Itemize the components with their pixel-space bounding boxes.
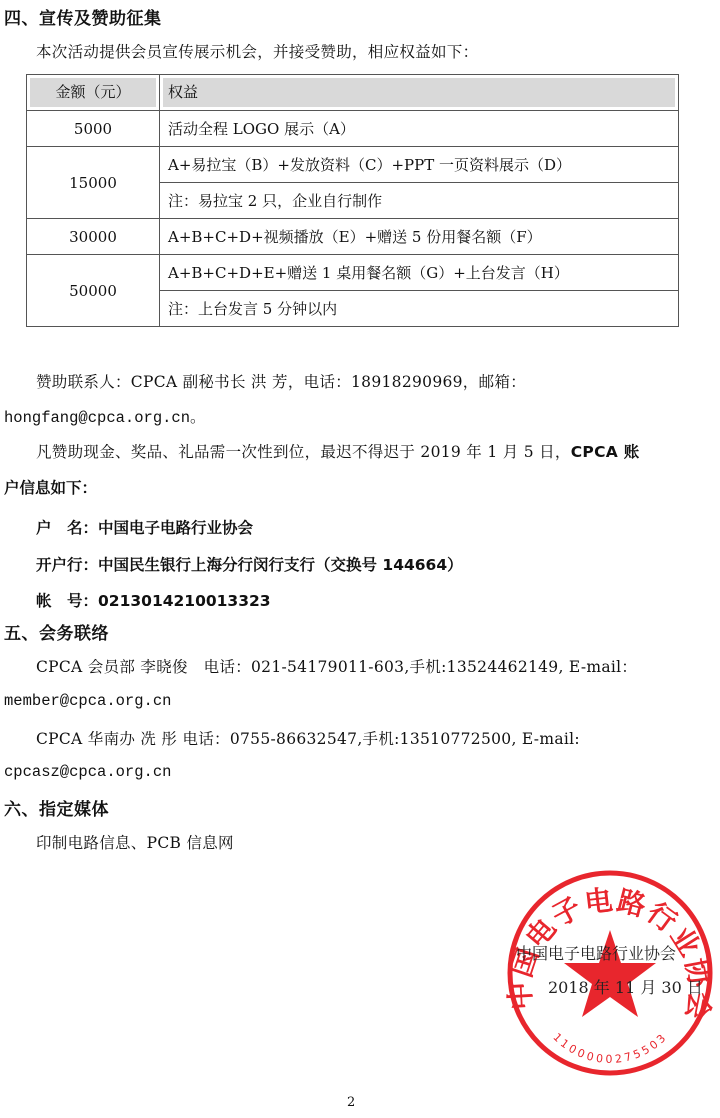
- amount-cell: 5000: [27, 111, 160, 147]
- benefit-note-cell: 注：易拉宝 2 只，企业自行制作: [160, 183, 679, 219]
- section4-heading: 四、宣传及赞助征集: [4, 4, 162, 29]
- table-header-row: 金额（元） 权益: [27, 75, 679, 111]
- contact1-line1: CPCA 会员部 李晓俊 电话：021-54179011-603,手机:1352…: [36, 655, 637, 677]
- amount-cell: 50000: [27, 255, 160, 327]
- table-row: 30000 A+B+C+D+视频播放（E）+赠送 5 份用餐名额（F）: [27, 219, 679, 255]
- sponsorship-table: 金额（元） 权益 5000 活动全程 LOGO 展示（A） 15000 A+易拉…: [26, 74, 679, 327]
- media-list: 印制电路信息、PCB 信息网: [36, 831, 234, 853]
- amount-cell: 15000: [27, 147, 160, 219]
- benefit-cell: A+B+C+D+视频播放（E）+赠送 5 份用餐名额（F）: [160, 219, 679, 255]
- svg-text:1100000275503: 1100000275503: [550, 1030, 670, 1066]
- sponsor-contact-line1: 赞助联系人：CPCA 副秘书长 洪 芳，电话：18918290969，邮箱：: [36, 370, 526, 392]
- section4-intro: 本次活动提供会员宣传展示机会，并接受赞助，相应权益如下：: [36, 40, 478, 62]
- header-benefits: 权益: [160, 75, 679, 111]
- contact1-email[interactable]: member@cpca.org.cn: [4, 692, 171, 710]
- contact2-email[interactable]: cpcasz@cpca.org.cn: [4, 763, 171, 781]
- account-number: 帐 号：0213014210013323: [36, 589, 271, 611]
- account-name: 户 名：中国电子电路行业协会: [36, 516, 253, 538]
- section5-heading: 五、会务联络: [4, 619, 109, 644]
- table-row: 5000 活动全程 LOGO 展示（A）: [27, 111, 679, 147]
- benefit-note-cell: 注：上台发言 5 分钟以内: [160, 291, 679, 327]
- signature-date: 2018 年 11 月 30 日: [548, 975, 703, 998]
- benefit-cell: 活动全程 LOGO 展示（A）: [160, 111, 679, 147]
- benefit-cell: A+B+C+D+E+赠送 1 桌用餐名额（G）+上台发言（H）: [160, 255, 679, 291]
- sponsor-contact-email[interactable]: hongfang@cpca.org.cn。: [4, 405, 206, 427]
- deadline-line1: 凡赞助现金、奖品、礼品需一次性到位，最迟不得迟于 2019 年 1 月 5 日，…: [36, 440, 640, 462]
- official-seal-icon: 中国电子电路行业协会 1100000275503: [505, 868, 715, 1078]
- header-amount: 金额（元）: [27, 75, 160, 111]
- page-number: 2: [347, 1095, 355, 1110]
- account-bank: 开户行：中国民生银行上海分行闵行支行（交换号 144664）: [36, 553, 463, 575]
- table-row: 50000 A+B+C+D+E+赠送 1 桌用餐名额（G）+上台发言（H）: [27, 255, 679, 291]
- deadline-line2: 户信息如下：: [4, 476, 97, 498]
- amount-cell: 30000: [27, 219, 160, 255]
- benefit-cell: A+易拉宝（B）+发放资料（C）+PPT 一页资料展示（D）: [160, 147, 679, 183]
- signature-org: 中国电子电路行业协会: [516, 941, 676, 964]
- contact2-line1: CPCA 华南办 冼 彤 电话：0755-86632547,手机:1351077…: [36, 727, 580, 749]
- section6-heading: 六、指定媒体: [4, 795, 109, 820]
- table-row: 15000 A+易拉宝（B）+发放资料（C）+PPT 一页资料展示（D）: [27, 147, 679, 183]
